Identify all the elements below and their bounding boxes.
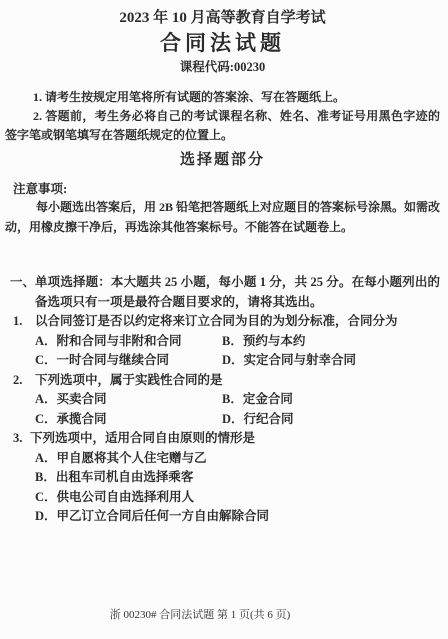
question-number: 3.	[13, 429, 30, 449]
part-number: 一、	[10, 273, 35, 312]
question-number: 2.	[13, 371, 35, 391]
question-stem: 3. 下列选项中，适用合同自由原则的情形是	[13, 429, 440, 449]
part-intro: 单项选择题：本大题共 25 小题，每小题 1 分，共 25 分。在每小题列出的备…	[35, 273, 440, 312]
options-grid: A．买卖合同 B．定金合同 C．承揽合同 D．行纪合同	[35, 390, 440, 429]
instruction-item-2: 2. 答题前，考生务必将自己的考试课程名称、姓名、准考证号用黑色字迹的签字笔或钢…	[5, 107, 440, 145]
option-d: D．实定合同与射幸合同	[222, 351, 440, 371]
instruction-item-1: 1. 请考生按规定用笔将所有试题的答案涂、写在答题纸上。	[5, 88, 440, 107]
question-number: 1.	[13, 312, 35, 332]
option-b: B．定金合同	[222, 390, 440, 410]
options-list: A．甲自愿将其个人住宅赠与乙 B．出租车司机自由选择乘客 C．供电公司自由选择利…	[35, 449, 440, 527]
question-stem-text: 以合同签订是否以约定将来订立合同为目的为划分标准，合同分为	[35, 312, 440, 332]
exam-title: 合同法试题	[5, 30, 440, 56]
question-stem-text: 下列选项中，适用合同自由原则的情形是	[30, 429, 440, 449]
course-code-line: 课程代码:00230	[5, 59, 440, 75]
option-a: A．甲自愿将其个人住宅赠与乙	[35, 449, 440, 469]
page-header: 2023 年 10 月高等教育自学考试 合同法试题 课程代码:00230	[5, 8, 440, 75]
option-c: C．承揽合同	[35, 410, 222, 430]
options-grid: A．附和合同与非附和合同 B．预约与本约 C．一时合同与继续合同 D．实定合同与…	[35, 332, 440, 371]
question-stem: 2. 下列选项中，属于实践性合同的是	[13, 371, 440, 391]
question-3: 3. 下列选项中，适用合同自由原则的情形是 A．甲自愿将其个人住宅赠与乙 B．出…	[5, 429, 440, 527]
option-c: C．供电公司自由选择利用人	[35, 488, 440, 508]
question-2: 2. 下列选项中，属于实践性合同的是 A．买卖合同 B．定金合同 C．承揽合同 …	[5, 371, 440, 430]
question-stem: 1. 以合同签订是否以约定将来订立合同为目的为划分标准，合同分为	[13, 312, 440, 332]
option-b: B．出租车司机自由选择乘客	[35, 468, 440, 488]
exam-page: 2023 年 10 月高等教育自学考试 合同法试题 课程代码:00230 1. …	[0, 0, 448, 639]
option-d: D．甲乙订立合同后任何一方自由解除合同	[35, 507, 440, 527]
notice-title: 注意事项:	[13, 180, 440, 198]
part-one-heading: 一、 单项选择题：本大题共 25 小题，每小题 1 分，共 25 分。在每小题列…	[10, 273, 440, 312]
notice-body: 每小题选出答案后，用 2B 铅笔把答题纸上对应题目的答案标号涂黑。如需改动，用橡…	[5, 198, 440, 237]
question-stem-text: 下列选项中，属于实践性合同的是	[35, 371, 440, 391]
notice-block: 注意事项: 每小题选出答案后，用 2B 铅笔把答题纸上对应题目的答案标号涂黑。如…	[5, 180, 440, 237]
option-b: B．预约与本约	[222, 332, 440, 352]
section-title: 选择题部分	[5, 151, 440, 169]
option-c: C．一时合同与继续合同	[35, 351, 222, 371]
option-d: D．行纪合同	[222, 410, 440, 430]
option-a: A．附和合同与非附和合同	[35, 332, 222, 352]
exam-session-line: 2023 年 10 月高等教育自学考试	[5, 8, 440, 28]
general-instructions: 1. 请考生按规定用笔将所有试题的答案涂、写在答题纸上。 2. 答题前，考生务必…	[5, 88, 440, 145]
page-footer: 浙 00230# 合同法试题 第 1 页(共 6 页)	[0, 608, 424, 622]
option-a: A．买卖合同	[35, 390, 222, 410]
question-1: 1. 以合同签订是否以约定将来订立合同为目的为划分标准，合同分为 A．附和合同与…	[5, 312, 440, 371]
